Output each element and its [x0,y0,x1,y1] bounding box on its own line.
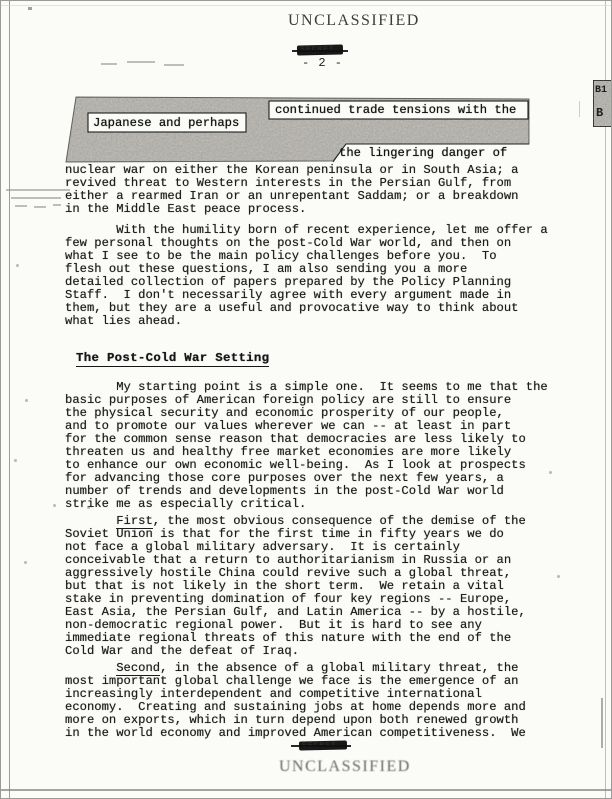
scan-speck [549,471,552,474]
scan-streak [579,101,580,117]
scan-speck [16,264,19,267]
strikethrough-line-bottom [291,745,351,747]
margin-scribble [6,189,70,191]
strikethrough-line-top [292,50,348,52]
insert-text-left: Japanese and perhaps [93,116,239,130]
margin-scribble [11,197,61,199]
scan-edge-left [9,1,10,799]
exemption-code-strip: B1 B [593,80,612,130]
insert-text-top: continued trade tensions with the [275,103,516,117]
paragraph-3: My starting point is a simple one. It se… [65,381,565,511]
margin-scribble [15,205,27,207]
pencil-mark [164,64,184,66]
scan-streak [601,698,603,748]
footer-classification: UNCLASSIFIED [279,758,411,776]
scanned-document-page: UNCLASSIFIED SECRET - 2 - continued trad… [0,0,612,799]
paragraph-4: First, the most obvious consequence of t… [65,515,565,658]
pencil-mark [101,63,117,65]
scan-speck [28,7,32,10]
paragraph-5-indent [65,661,116,675]
paragraph-5: Second, in the absence of a global milit… [65,662,565,740]
paragraph-2: With the humility born of recent experie… [65,224,565,328]
paragraph-1: nuclear war on either the Korean peninsu… [65,164,565,216]
scan-speck [53,504,56,507]
scan-edge-top [1,5,612,6]
insert-text-bottom: the lingering danger of [339,146,507,160]
scan-speck [25,399,28,402]
pencil-mark [127,61,155,63]
scan-speck [14,459,17,462]
paragraph-4-text: , the most obvious consequence of the de… [65,514,526,658]
paragraph-4-indent [65,514,116,528]
scan-speck [24,561,27,564]
scan-edge-bottom [1,789,612,791]
page-number: - 2 - [302,56,343,70]
section-heading: The Post-Cold War Setting [76,351,269,367]
header-classification: UNCLASSIFIED [288,12,420,30]
exemption-code-b: B [596,106,603,120]
margin-scribble [53,204,61,206]
scan-speck [557,575,560,578]
scan-speck [87,506,90,509]
exemption-code-b1: B1 [595,85,607,96]
margin-scribble [34,206,46,208]
